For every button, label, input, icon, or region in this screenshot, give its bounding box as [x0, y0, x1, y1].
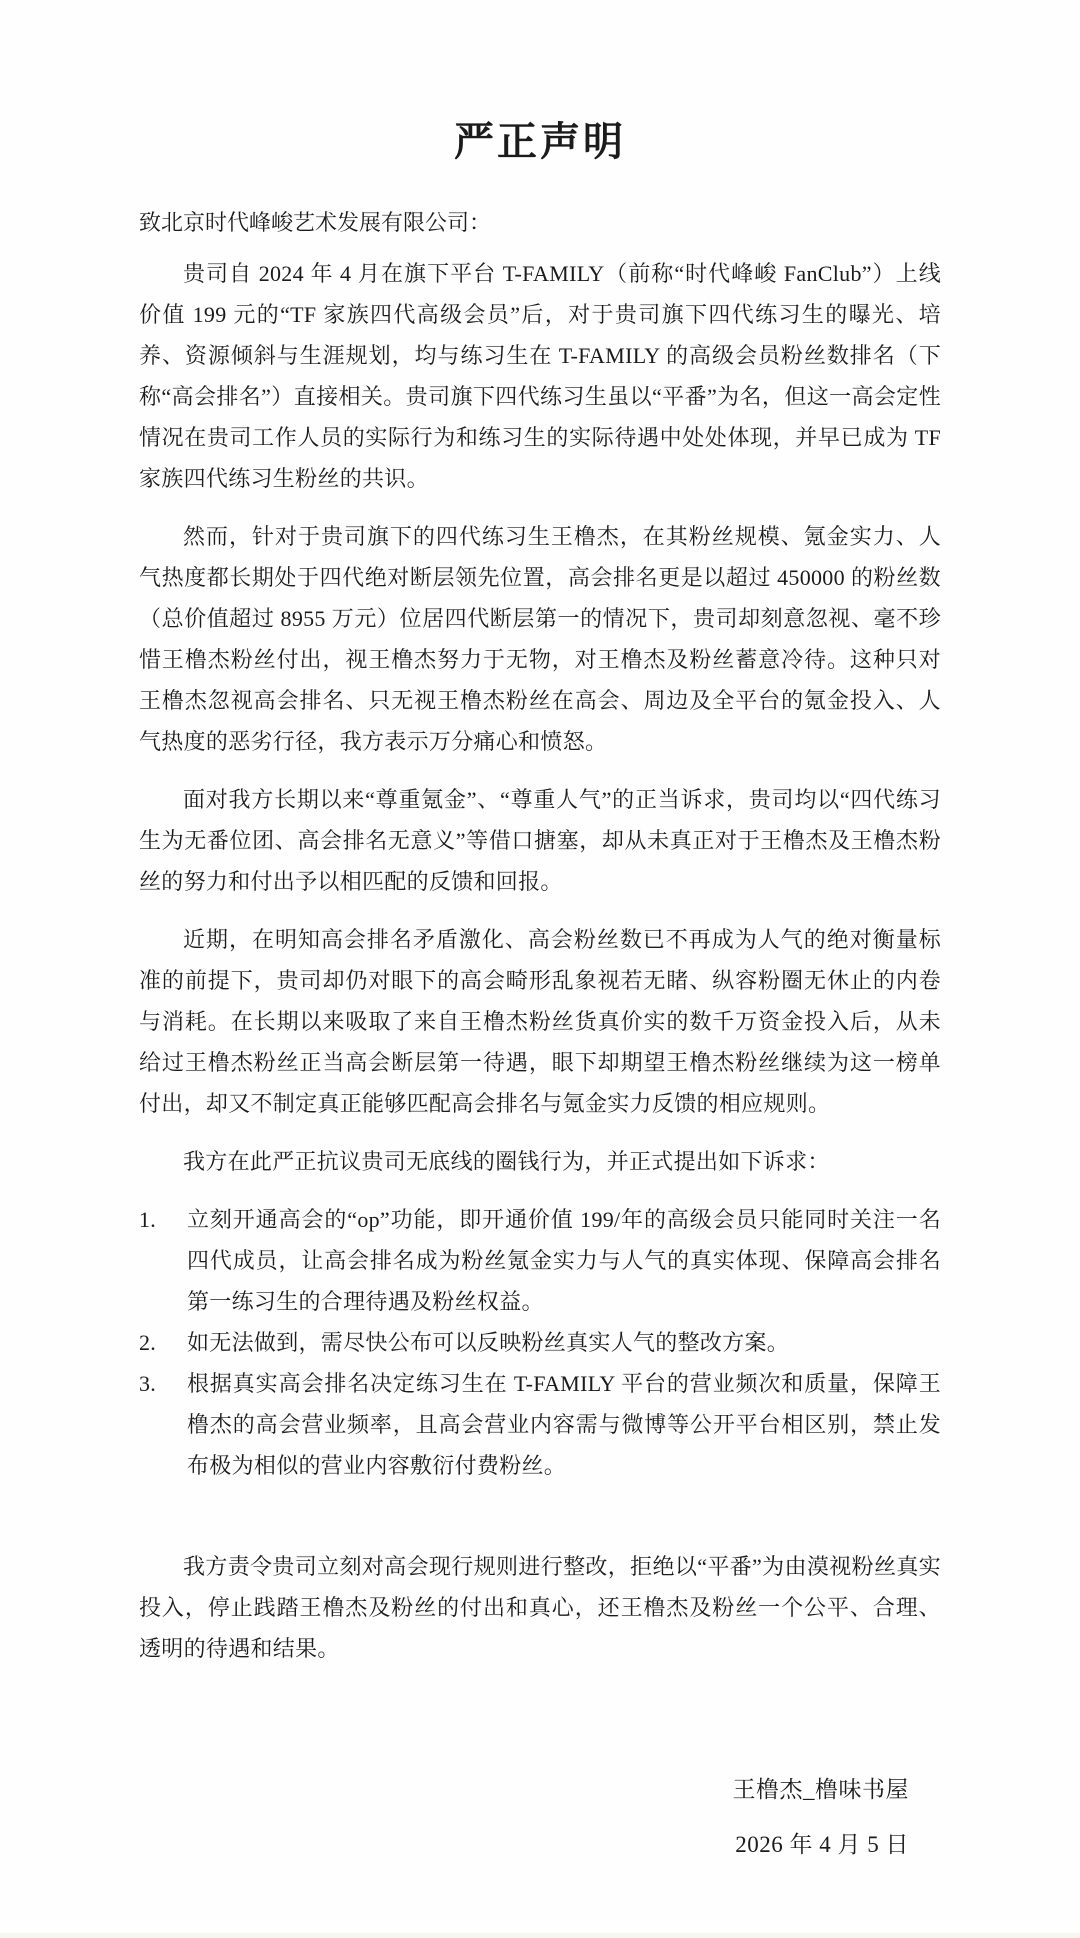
paragraph-closing-demand: 我方责令贵司立刻对高会现行规则进行整改，拒绝以“平番”为由漠视粉丝真实投入，停止… — [139, 1546, 941, 1669]
paragraph-grievance: 然而，针对于贵司旗下的四代练习生王橹杰，在其粉丝规模、氪金实力、人气热度都长期处… — [139, 516, 941, 762]
document-title: 严正声明 — [139, 118, 941, 166]
paragraph-protest-intro: 我方在此严正抗议贵司无底线的圈钱行为，并正式提出如下诉求： — [139, 1141, 941, 1182]
demand-number-2: 2. — [139, 1322, 187, 1363]
demand-item-3: 3. 根据真实高会排名决定练习生在 T-FAMILY 平台的营业频次和质量，保障… — [139, 1363, 941, 1486]
demand-number-1: 1. — [139, 1199, 187, 1322]
demand-text-1: 立刻开通高会的“op”功能，即开通价值 199/年的高级会员只能同时关注一名四代… — [187, 1199, 941, 1322]
signature-name: 王橹杰_橹味书屋 — [139, 1769, 909, 1810]
demand-number-3: 3. — [139, 1363, 187, 1486]
demand-item-1: 1. 立刻开通高会的“op”功能，即开通价值 199/年的高级会员只能同时关注一… — [139, 1199, 941, 1322]
statement-document: 严正声明 致北京时代峰峻艺术发展有限公司： 贵司自 2024 年 4 月在旗下平… — [0, 0, 1080, 1938]
demand-text-2: 如无法做到，需尽快公布可以反映粉丝真实人气的整改方案。 — [187, 1322, 941, 1363]
paragraph-excuses: 面对我方长期以来“尊重氪金”、“尊重人气”的正当诉求，贵司均以“四代练习生为无番… — [139, 779, 941, 902]
page-bottom-edge — [0, 1933, 1080, 1938]
signature-block: 王橹杰_橹味书屋 2026 年 4 月 5 日 — [139, 1769, 941, 1865]
paragraph-membership-background: 贵司自 2024 年 4 月在旗下平台 T-FAMILY（前称“时代峰峻 Fan… — [139, 253, 941, 499]
demand-list: 1. 立刻开通高会的“op”功能，即开通价值 199/年的高级会员只能同时关注一… — [139, 1199, 941, 1486]
signature-date: 2026 年 4 月 5 日 — [139, 1824, 909, 1865]
paragraph-recent-situation: 近期，在明知高会排名矛盾激化、高会粉丝数已不再成为人气的绝对衡量标准的前提下，贵… — [139, 919, 941, 1124]
demand-text-3: 根据真实高会排名决定练习生在 T-FAMILY 平台的营业频次和质量，保障王橹杰… — [187, 1363, 941, 1486]
salutation-line: 致北京时代峰峻艺术发展有限公司： — [139, 202, 941, 243]
demand-item-2: 2. 如无法做到，需尽快公布可以反映粉丝真实人气的整改方案。 — [139, 1322, 941, 1363]
